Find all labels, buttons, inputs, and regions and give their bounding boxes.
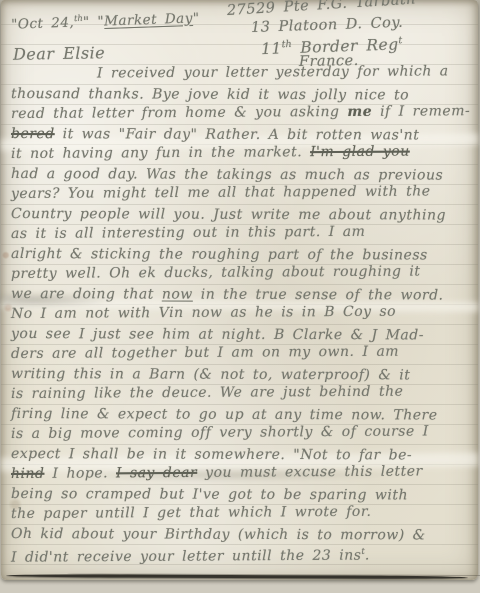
letter-line: I received your letter yesterday for whi… xyxy=(11,61,474,84)
letter-scan: "Oct 24,th" "Market Day" 27529 Pte F.G. … xyxy=(0,0,480,593)
letter-line: is raining like the deuce. We are just b… xyxy=(11,381,474,404)
letter-body: I received your letter yesterday for whi… xyxy=(11,64,474,564)
letter-line: read that letter from home & you asking … xyxy=(11,101,474,124)
letter-line: the paper untill I get that which I wrot… xyxy=(11,501,474,524)
letter-line: years? You might tell me all that happen… xyxy=(11,181,474,204)
letter-line: pretty well. Oh ek ducks, talking about … xyxy=(11,261,474,284)
paper-bottom-edge xyxy=(6,574,468,579)
letter-line: ders are all together but I am on my own… xyxy=(11,341,474,364)
salutation: Dear Elsie xyxy=(13,43,105,64)
letter-line: is a big move coming off very shortly & … xyxy=(11,421,474,444)
letter-line: No I am not with Vin now as he is in B C… xyxy=(11,301,474,324)
letter-line: hind I hope. I say dear you must excuse … xyxy=(11,461,474,484)
date-heading: "Oct 24,th" "Market Day" xyxy=(11,4,200,31)
letter-line: I did'nt receive your letter untill the … xyxy=(11,541,474,564)
letter-line: as it is all interesting out in this par… xyxy=(11,221,474,244)
letter-line: it not having any fun in the market. I'm… xyxy=(11,141,474,164)
letter-paper: "Oct 24,th" "Market Day" 27529 Pte F.G. … xyxy=(1,0,478,580)
letter-line: "Oct 24,th" "Market Day" xyxy=(11,4,200,31)
